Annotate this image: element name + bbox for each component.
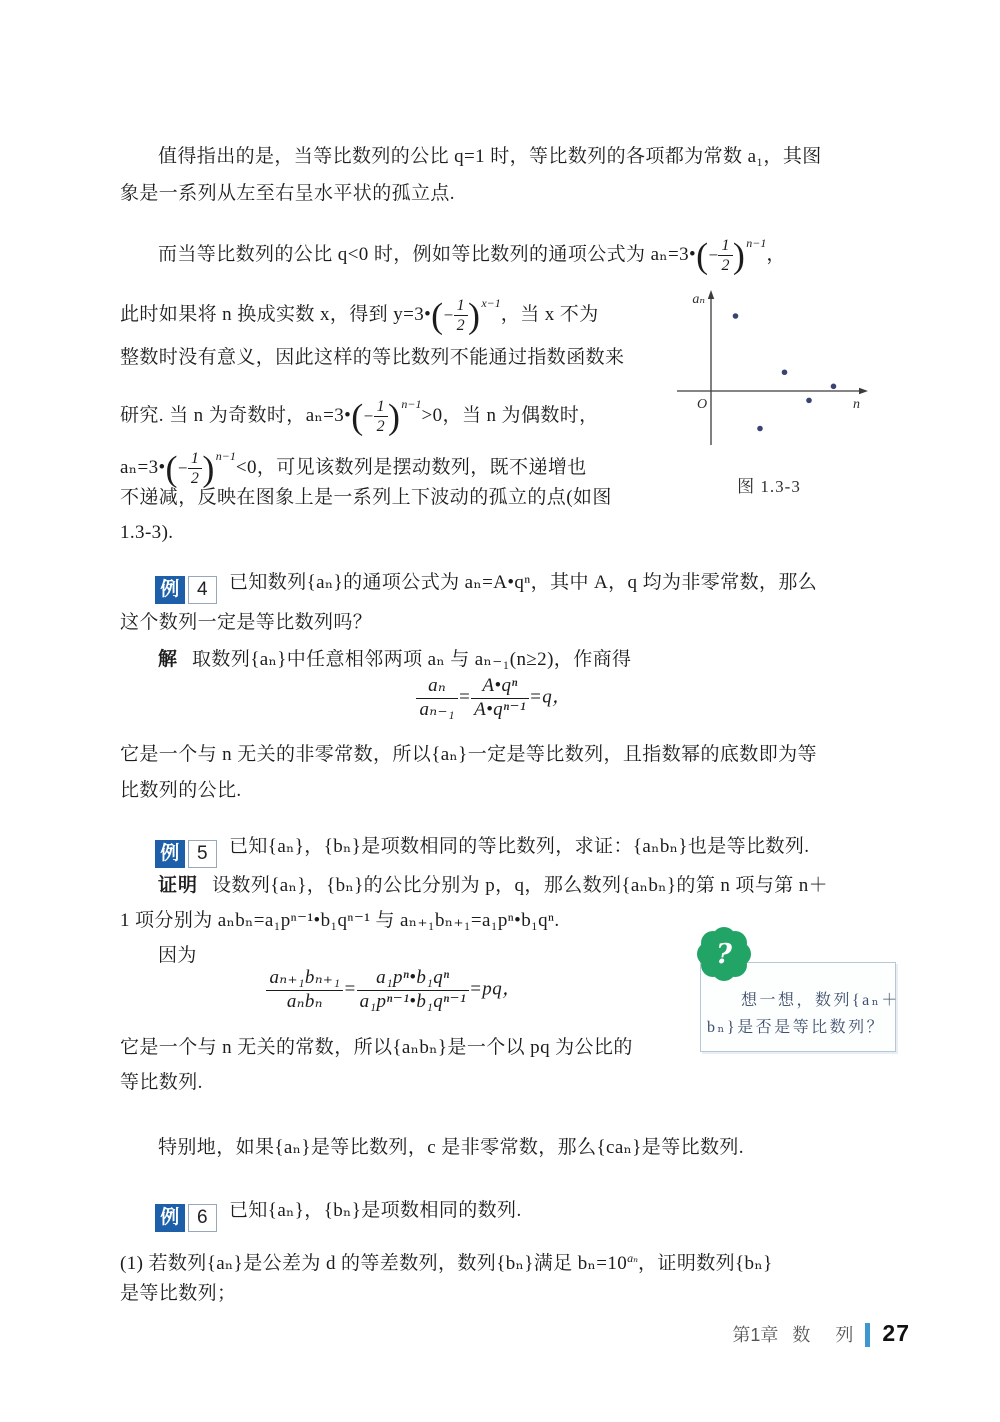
right-paren: ) (733, 236, 745, 276)
example-5-formula: aₙ₊₁bₙ₊₁aₙbₙ=a₁pⁿ•b₁qⁿa₁pⁿ⁻¹•b₁qⁿ⁻¹=pq， (120, 968, 668, 1012)
fraction-expression: (−12)n−1 (351, 405, 421, 426)
example-4-line-4: 比数列的公比. (120, 776, 242, 806)
fraction: aₙ₊₁bₙ₊₁aₙbₙ (266, 968, 343, 1012)
paragraph-3-line-4: aₙ=3•(−12)n−1<0，可见该数列是摆动数列，既不递增也 (120, 441, 587, 487)
fraction-expression: (−12)n−1 (166, 457, 236, 478)
sequence-point (782, 369, 788, 375)
figure-caption: 图 1.3-3 (663, 472, 875, 497)
right-paren: ) (388, 397, 400, 437)
sequence-point (757, 426, 763, 432)
question-mark-icon: ? (705, 935, 743, 973)
footer-chapter: 第1章 (732, 1325, 778, 1345)
paragraph-special-note: 特别地，如果{aₙ}是等比数列，c 是非零常数，那么{caₙ}是等比数列. (158, 1133, 744, 1163)
example-number: 5 (188, 840, 217, 868)
example-5-proof-line: 证明设数列{aₙ}，{bₙ}的公比分别为 p，q，那么数列{aₙbₙ}的第 n … (158, 871, 828, 901)
y-axis-arrow (708, 290, 714, 299)
paragraph-1-line-1: 值得指出的是，当等比数列的公比 q=1 时，等比数列的各项都为常数 a₁，其图 (158, 142, 822, 172)
fraction: A•qⁿA•qⁿ⁻¹ (471, 676, 529, 720)
example-4-solution: 解取数列{aₙ}中任意相邻两项 aₙ 与 aₙ₋₁(n≥2)，作商得 (158, 645, 631, 675)
left-paren: ( (696, 236, 708, 276)
example-6-line-2: (1) 若数列{aₙ}是公差为 d 的等差数列，数列{bₙ}满足 bₙ=10aₙ… (120, 1243, 773, 1279)
example-label: 例 (155, 576, 185, 604)
example-5-line-5: 它是一个与 n 无关的常数，所以{aₙbₙ}是一个以 pq 为公比的 (120, 1033, 633, 1063)
example-4-line-2: 这个数列一定是等比数列吗？ (120, 608, 372, 638)
think-text-line-1: 想一想，数列{aₙ＋ (741, 990, 900, 1012)
fraction: aₙaₙ₋₁ (416, 676, 457, 720)
sequence-point (733, 313, 739, 319)
example-label: 例 (155, 840, 185, 868)
figure-1-3-3: aₙ O n 图 1.3-3 (663, 286, 875, 497)
paragraph-3-line-2: 整数时没有意义，因此这样的等比数列不能通过指数函数来 (120, 343, 624, 373)
example-4-line-1: 例4已知数列{aₙ}的通项公式为 aₙ=A•qⁿ，其中 A，q 均为非零常数，那… (155, 568, 817, 604)
footer-divider-bar (865, 1323, 870, 1347)
example-label: 例 (155, 1204, 185, 1232)
example-5-line-4: 因为 (158, 941, 197, 971)
scatter-plot: aₙ O n (663, 286, 875, 452)
example-5-line-3: 1 项分别为 aₙbₙ=a₁pⁿ⁻¹•b₁qⁿ⁻¹ 与 aₙ₊₁bₙ₊₁=a₁p… (120, 906, 560, 936)
x-axis-label: n (853, 397, 860, 412)
paragraph-2-line-1: 而当等比数列的公比 q<0 时，例如等比数列的通项公式为 aₙ=3•(−12)n… (158, 228, 786, 274)
paragraph-3-line-5: 不递减，反映在图象上是一系列上下波动的孤立的点(如图 (120, 483, 612, 513)
left-paren: ( (351, 397, 363, 437)
p2-text: 而当等比数列的公比 q<0 时，例如等比数列的通项公式为 aₙ=3• (158, 244, 696, 265)
example-number: 6 (188, 1204, 217, 1232)
footer-page-number: 27 (882, 1320, 910, 1346)
solution-label: 解 (158, 649, 178, 670)
example-6-line-1: 例6已知{aₙ}，{bₙ}是项数相同的数列. (155, 1196, 522, 1232)
paragraph-3-line-6: 1.3-3). (120, 518, 173, 548)
example-6-badge: 例6 (155, 1204, 217, 1232)
proof-label: 证明 (158, 875, 198, 896)
example-5-badge: 例5 (155, 840, 217, 868)
textbook-page: 值得指出的是，当等比数列的公比 q=1 时，等比数列的各项都为常数 a₁，其图 … (0, 0, 1000, 1422)
think-text-line-2: bₙ}是否是等比数列？ (707, 1017, 885, 1039)
right-paren: ) (468, 296, 480, 336)
sequence-point (831, 384, 837, 390)
footer-section: 数 列 (792, 1325, 863, 1345)
page-footer: 第1章数 列27 (520, 1320, 910, 1347)
fraction-expression: (−12)x−1 (431, 304, 501, 325)
x-axis-arrow (859, 388, 868, 394)
example-4-formula: aₙaₙ₋₁=A•qⁿA•qⁿ⁻¹=q， (120, 676, 868, 720)
y-axis-label: aₙ (692, 292, 705, 307)
paragraph-1-line-2: 象是一系列从左至右呈水平状的孤立点. (120, 179, 455, 209)
example-6-line-3: 是等比数列； (120, 1279, 236, 1309)
fraction-expression: (−12)n−1 (696, 244, 766, 265)
think-callout-box: 想一想，数列{aₙ＋ bₙ}是否是等比数列？ (700, 962, 896, 1052)
example-4-badge: 例4 (155, 576, 217, 604)
example-number: 4 (188, 576, 217, 604)
example-5-line-1: 例5已知{aₙ}，{bₙ}是项数相同的等比数列，求证：{aₙbₙ}也是等比数列. (155, 832, 809, 868)
sequence-point (806, 398, 812, 404)
paragraph-3-line-3: 研究. 当 n 为奇数时，aₙ=3•(−12)n−1>0，当 n 为偶数时， (120, 389, 599, 435)
exponent: aₙ (627, 1251, 638, 1265)
left-paren: ( (431, 296, 443, 336)
fraction: a₁pⁿ•b₁qⁿa₁pⁿ⁻¹•b₁qⁿ⁻¹ (357, 968, 469, 1012)
paragraph-3-line-1: 此时如果将 n 换成实数 x，得到 y=3•(−12)x−1，当 x 不为 (120, 288, 599, 334)
origin-label: O (697, 397, 707, 412)
data-points (733, 313, 837, 431)
example-4-line-3: 它是一个与 n 无关的非零常数，所以{aₙ}一定是等比数列，且指数幂的底数即为等 (120, 740, 817, 770)
example-5-line-6: 等比数列. (120, 1068, 203, 1098)
